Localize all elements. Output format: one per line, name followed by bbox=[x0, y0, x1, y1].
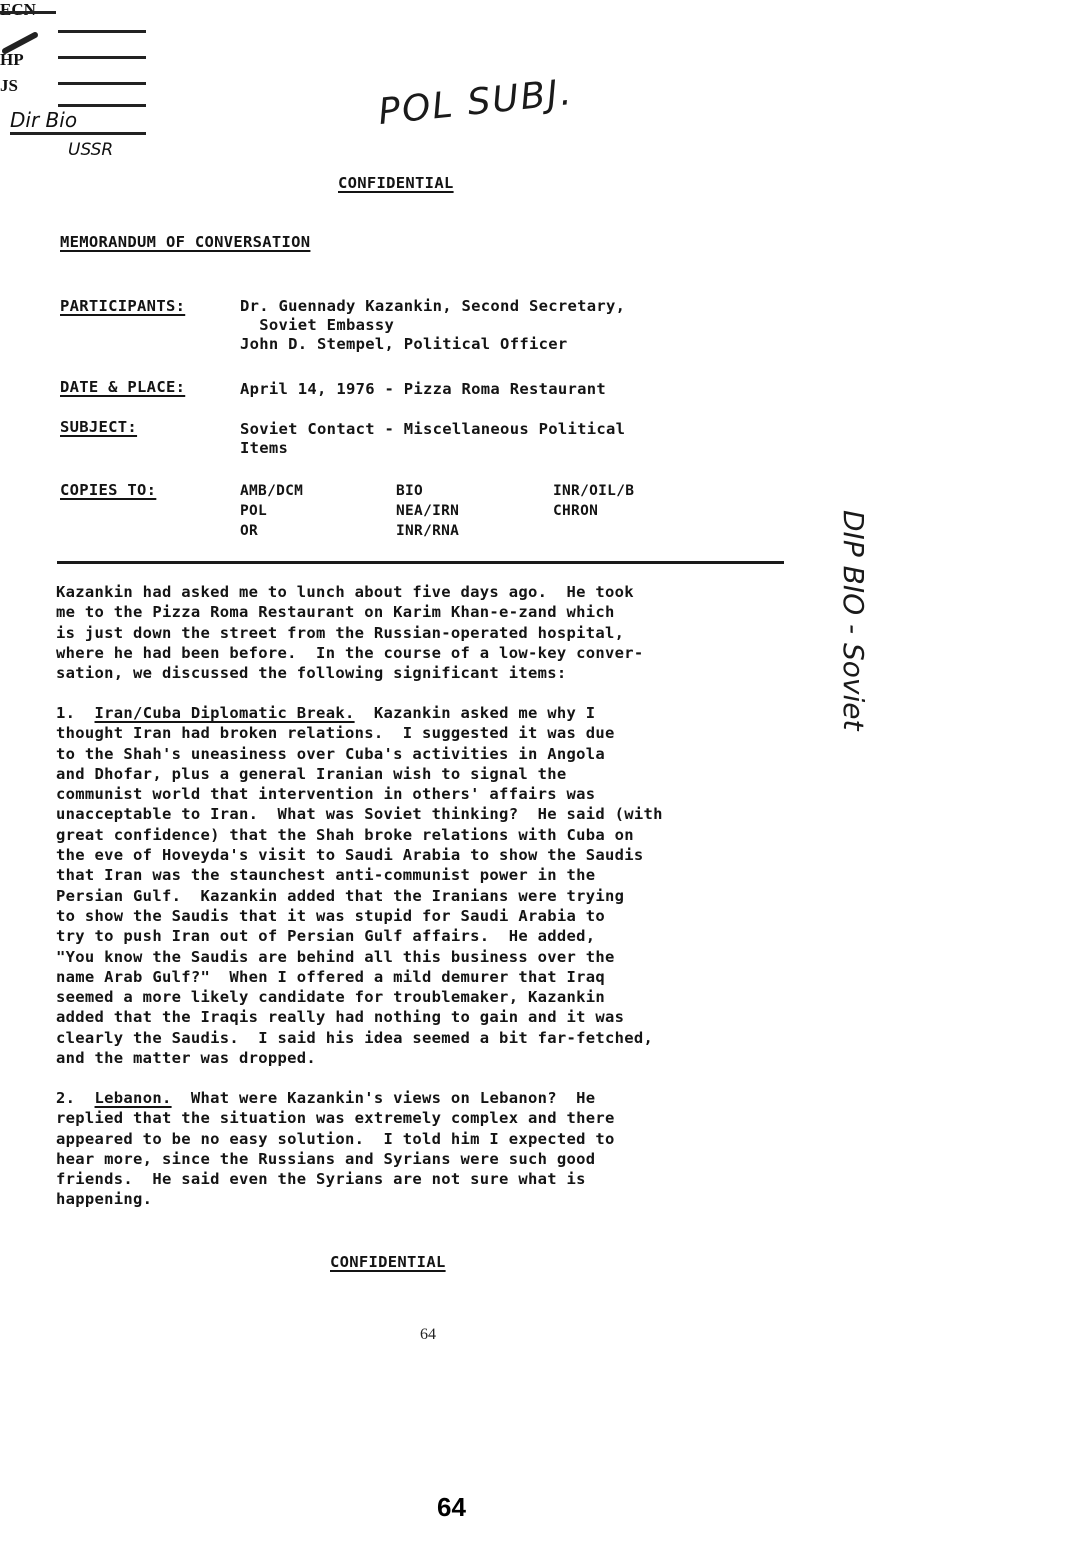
participant-line: Dr. Guennady Kazankin, Second Secretary, bbox=[240, 297, 625, 316]
text-line: name Arab Gulf?" When I offered a mild d… bbox=[56, 967, 826, 987]
item-number: 1. bbox=[56, 704, 75, 722]
copy-recipient: CHRON bbox=[553, 501, 634, 521]
text-line: and the matter was dropped. bbox=[56, 1048, 826, 1068]
text-line: clearly the Saudis. I said his idea seem… bbox=[56, 1028, 826, 1048]
text-line: appeared to be no easy solution. I told … bbox=[56, 1129, 826, 1149]
classification-header: CONFIDENTIAL bbox=[338, 174, 454, 192]
routing-blank-line bbox=[58, 104, 146, 107]
item-number: 2. bbox=[56, 1089, 75, 1107]
routing-label-hp: HP bbox=[0, 50, 24, 70]
text-line: and Dhofar, plus a general Iranian wish … bbox=[56, 764, 826, 784]
text-line: try to push Iran out of Persian Gulf aff… bbox=[56, 926, 826, 946]
memo-title: MEMORANDUM OF CONVERSATION bbox=[60, 233, 310, 251]
text-line: that Iran was the staunchest anti-commun… bbox=[56, 865, 826, 885]
routing-label-js: JS bbox=[0, 76, 18, 96]
date-place-value: April 14, 1976 - Pizza Roma Restaurant bbox=[240, 380, 606, 399]
text-fragment: Kazankin asked me why I bbox=[355, 704, 596, 722]
subject-label: SUBJECT: bbox=[60, 418, 137, 436]
item-heading: Lebanon. bbox=[95, 1089, 172, 1107]
subject-value: Soviet Contact - Miscellaneous Political… bbox=[240, 420, 625, 458]
text-line: great confidence) that the Shah broke re… bbox=[56, 825, 826, 845]
text-line: replied that the situation was extremely… bbox=[56, 1108, 826, 1128]
strikethrough-mark bbox=[0, 11, 56, 14]
text-line: unacceptable to Iran. What was Soviet th… bbox=[56, 804, 826, 824]
text-line: sation, we discussed the following signi… bbox=[56, 663, 826, 683]
text-line: happening. bbox=[56, 1189, 826, 1209]
item-1-first-line: 1. Iran/Cuba Diplomatic Break. Kazankin … bbox=[56, 703, 826, 723]
participants-value: Dr. Guennady Kazankin, Second Secretary,… bbox=[240, 297, 625, 354]
copies-column: AMB/DCM POL OR bbox=[240, 481, 303, 541]
routing-handwritten-ussr: USSR bbox=[68, 140, 113, 160]
text-line: the eve of Hoveyda's visit to Saudi Arab… bbox=[56, 845, 826, 865]
item-heading: Iran/Cuba Diplomatic Break. bbox=[95, 704, 355, 722]
item-2-paragraph: 2. Lebanon. What were Kazankin's views o… bbox=[56, 1088, 826, 1210]
text-line: "You know the Saudis are behind all this… bbox=[56, 947, 826, 967]
participant-line: Soviet Embassy bbox=[240, 316, 625, 335]
text-line: thought Iran had broken relations. I sug… bbox=[56, 723, 826, 743]
date-place-label: DATE & PLACE: bbox=[60, 378, 185, 396]
text-line: added that the Iraqis really had nothing… bbox=[56, 1007, 826, 1027]
copy-recipient: AMB/DCM bbox=[240, 481, 303, 501]
text-line: to show the Saudis that it was stupid fo… bbox=[56, 906, 826, 926]
header-divider bbox=[57, 561, 784, 564]
copies-column: BIO NEA/IRN INR/RNA bbox=[396, 481, 459, 541]
copy-recipient: NEA/IRN bbox=[396, 501, 459, 521]
text-line: where he had been before. In the course … bbox=[56, 643, 826, 663]
copy-recipient: BIO bbox=[396, 481, 459, 501]
margin-handwritten-note: DIP BIO - Soviet bbox=[837, 510, 870, 730]
copy-recipient: INR/RNA bbox=[396, 521, 459, 541]
routing-blank-line bbox=[58, 30, 146, 33]
text-line: hear more, since the Russians and Syrian… bbox=[56, 1149, 826, 1169]
copy-recipient: INR/OIL/B bbox=[553, 481, 634, 501]
subject-line: Items bbox=[240, 439, 625, 458]
participants-label: PARTICIPANTS: bbox=[60, 297, 185, 315]
text-line: is just down the street from the Russian… bbox=[56, 623, 826, 643]
text-fragment: What were Kazankin's views on Lebanon? H… bbox=[172, 1089, 596, 1107]
item-2-first-line: 2. Lebanon. What were Kazankin's views o… bbox=[56, 1088, 826, 1108]
page-number-typed: 64 bbox=[420, 1326, 436, 1344]
copies-to-label: COPIES TO: bbox=[60, 481, 156, 499]
routing-handwritten-dir-bio: Dir Bio bbox=[10, 108, 77, 132]
text-line: seemed a more likely candidate for troub… bbox=[56, 987, 826, 1007]
classification-footer: CONFIDENTIAL bbox=[330, 1253, 446, 1271]
intro-paragraph: Kazankin had asked me to lunch about fiv… bbox=[56, 582, 826, 683]
text-line: me to the Pizza Roma Restaurant on Karim… bbox=[56, 602, 826, 622]
copy-recipient: OR bbox=[240, 521, 303, 541]
copy-recipient: POL bbox=[240, 501, 303, 521]
text-line: Kazankin had asked me to lunch about fiv… bbox=[56, 582, 826, 602]
copies-column: INR/OIL/B CHRON bbox=[553, 481, 634, 521]
routing-blank-line bbox=[58, 82, 146, 85]
item-1-paragraph: 1. Iran/Cuba Diplomatic Break. Kazankin … bbox=[56, 703, 826, 1068]
participant-line: John D. Stempel, Political Officer bbox=[240, 335, 625, 354]
routing-label-struck: ECN bbox=[0, 0, 36, 20]
page-number-stamped: 64 bbox=[437, 1492, 466, 1523]
text-line: to the Shah's uneasiness over Cuba's act… bbox=[56, 744, 826, 764]
text-line: friends. He said even the Syrians are no… bbox=[56, 1169, 826, 1189]
subject-line: Soviet Contact - Miscellaneous Political bbox=[240, 420, 625, 439]
routing-underline bbox=[10, 132, 146, 135]
routing-blank-line bbox=[58, 56, 146, 59]
handwritten-subject-note: POL SUBJ. bbox=[376, 72, 575, 133]
text-line: communist world that intervention in oth… bbox=[56, 784, 826, 804]
routing-stamp: ECN HP JS Dir Bio USSR bbox=[0, 0, 150, 160]
text-line: Persian Gulf. Kazankin added that the Ir… bbox=[56, 886, 826, 906]
